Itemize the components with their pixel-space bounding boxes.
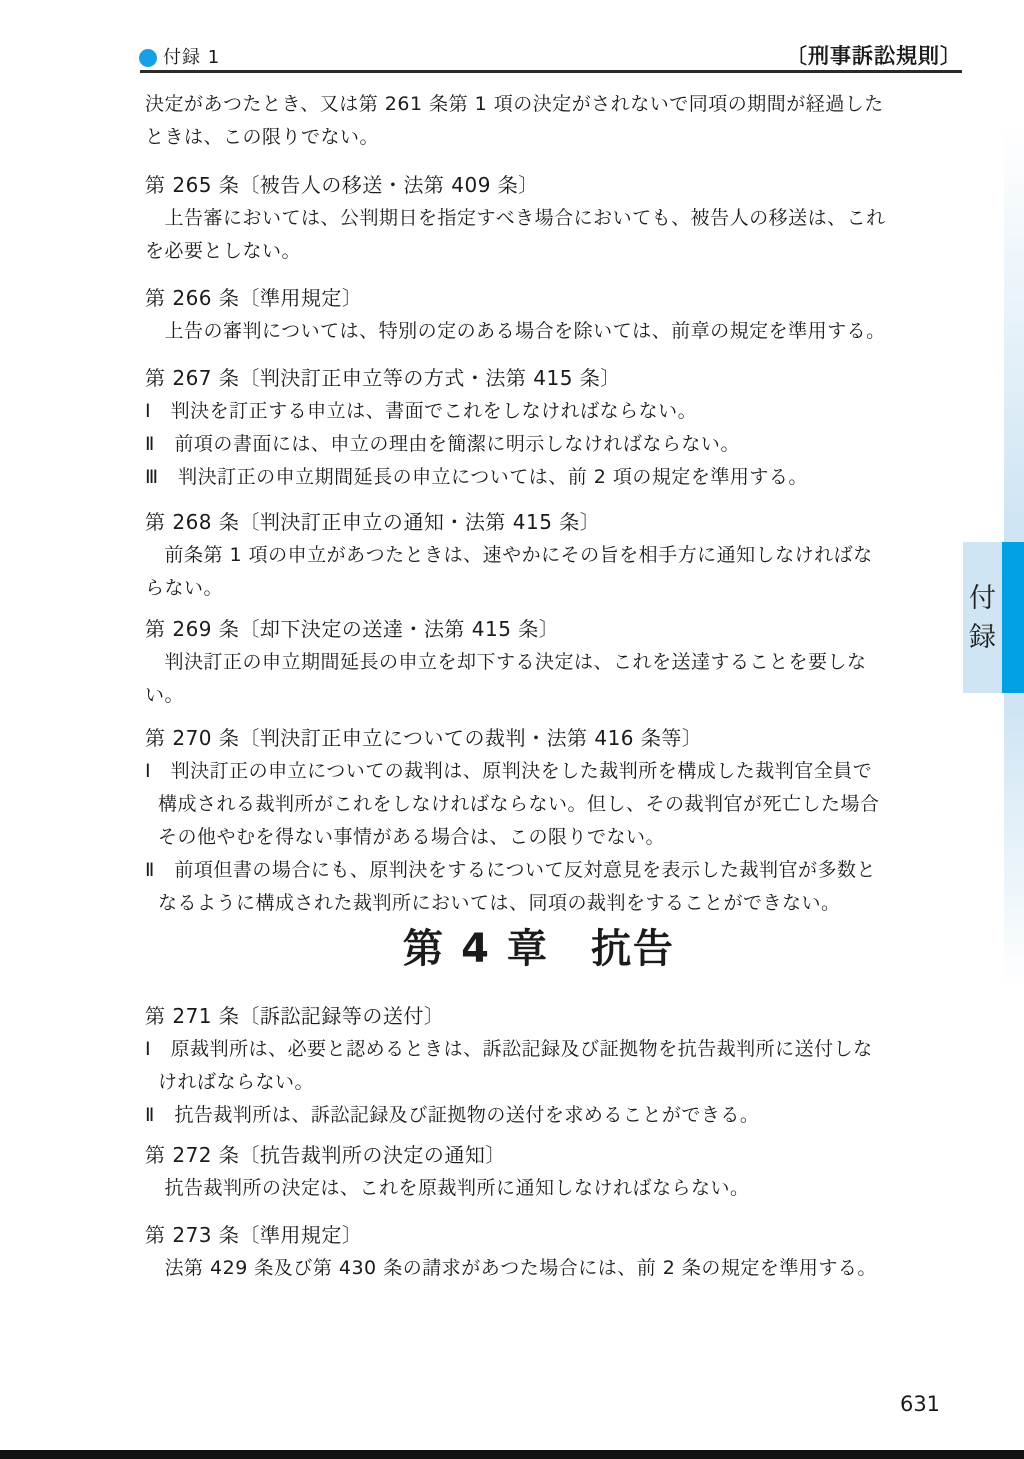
bottom-bar — [0, 1450, 1024, 1459]
article-267-heading: 第 267 条〔判決訂正申立等の方式・法第 415 条〕 — [145, 362, 933, 395]
side-tab-char-1: 付 — [969, 584, 996, 613]
page-number: 631 — [880, 1390, 960, 1418]
appendix-side-tab: 付 録 — [963, 542, 1002, 693]
article-266-heading: 第 266 条〔準用規定〕 — [145, 282, 933, 315]
article-269-paragraph: 判決訂正の申立期間延長の申立を却下する決定は、これを送達することを要しな い。 — [145, 646, 933, 712]
article-269-heading: 第 269 条〔却下決定の送達・法第 415 条〕 — [145, 613, 933, 646]
appendix-label: 付録 1 — [163, 46, 220, 70]
article-271-item-2: Ⅱ 抗告裁判所は、訴訟記録及び証拠物の送付を求めることができる。 — [145, 1099, 933, 1132]
header-rule — [140, 70, 962, 73]
law-title: 〔刑事訴訟規則〕 — [786, 42, 962, 70]
article-273-paragraph: 法第 429 条及び第 430 条の請求があつた場合には、前 2 条の規定を準用… — [145, 1252, 933, 1285]
article-265-heading: 第 265 条〔被告人の移送・法第 409 条〕 — [145, 169, 933, 202]
article-267-item-2: Ⅱ 前項の書面には、申立の理由を簡潔に明示しなければならない。 — [145, 428, 933, 461]
article-268-paragraph: 前条第 1 項の申立があつたときは、速やかにその旨を相手方に通知しなければな ら… — [145, 539, 933, 605]
article-270-heading: 第 270 条〔判決訂正申立についての裁判・法第 416 条等〕 — [145, 722, 933, 755]
article-272-heading: 第 272 条〔抗告裁判所の決定の通知〕 — [145, 1139, 933, 1172]
article-271-item-1: Ⅰ 原裁判所は、必要と認めるときは、訴訟記録及び証拠物を抗告裁判所に送付しな け… — [145, 1033, 933, 1099]
article-268-heading: 第 268 条〔判決訂正申立の通知・法第 415 条〕 — [145, 506, 933, 539]
appendix-edge-bar — [1002, 542, 1024, 693]
article-266-paragraph: 上告の審判については、特別の定のある場合を除いては、前章の規定を準用する。 — [145, 315, 933, 348]
article-265-paragraph: 上告審においては、公判期日を指定すべき場合においても、被告人の移送は、これ を必… — [145, 202, 933, 268]
article-267-item-1: Ⅰ 判決を訂正する申立は、書面でこれをしなければならない。 — [145, 395, 933, 428]
chapter-heading: 第 4 章 抗告 — [145, 924, 933, 974]
page-body: 決定があつたとき、又は第 261 条第 1 項の決定がされないで同項の期間が経過… — [145, 88, 933, 1285]
continuation-paragraph: 決定があつたとき、又は第 261 条第 1 項の決定がされないで同項の期間が経過… — [145, 88, 933, 154]
side-tab-char-2: 録 — [969, 623, 996, 652]
article-270-item-1: Ⅰ 判決訂正の申立についての裁判は、原判決をした裁判所を構成した裁判官全員で 構… — [145, 755, 933, 854]
article-271-heading: 第 271 条〔訴訟記録等の送付〕 — [145, 1000, 933, 1033]
appendix-bullet-icon — [139, 49, 157, 67]
article-267-item-3: Ⅲ 判決訂正の申立期間延長の申立については、前 2 項の規定を準用する。 — [145, 461, 933, 494]
article-270-item-2: Ⅱ 前項但書の場合にも、原判決をするについて反対意見を表示した裁判官が多数と な… — [145, 854, 933, 920]
article-272-paragraph: 抗告裁判所の決定は、これを原裁判所に通知しなければならない。 — [145, 1172, 933, 1205]
article-273-heading: 第 273 条〔準用規定〕 — [145, 1219, 933, 1252]
